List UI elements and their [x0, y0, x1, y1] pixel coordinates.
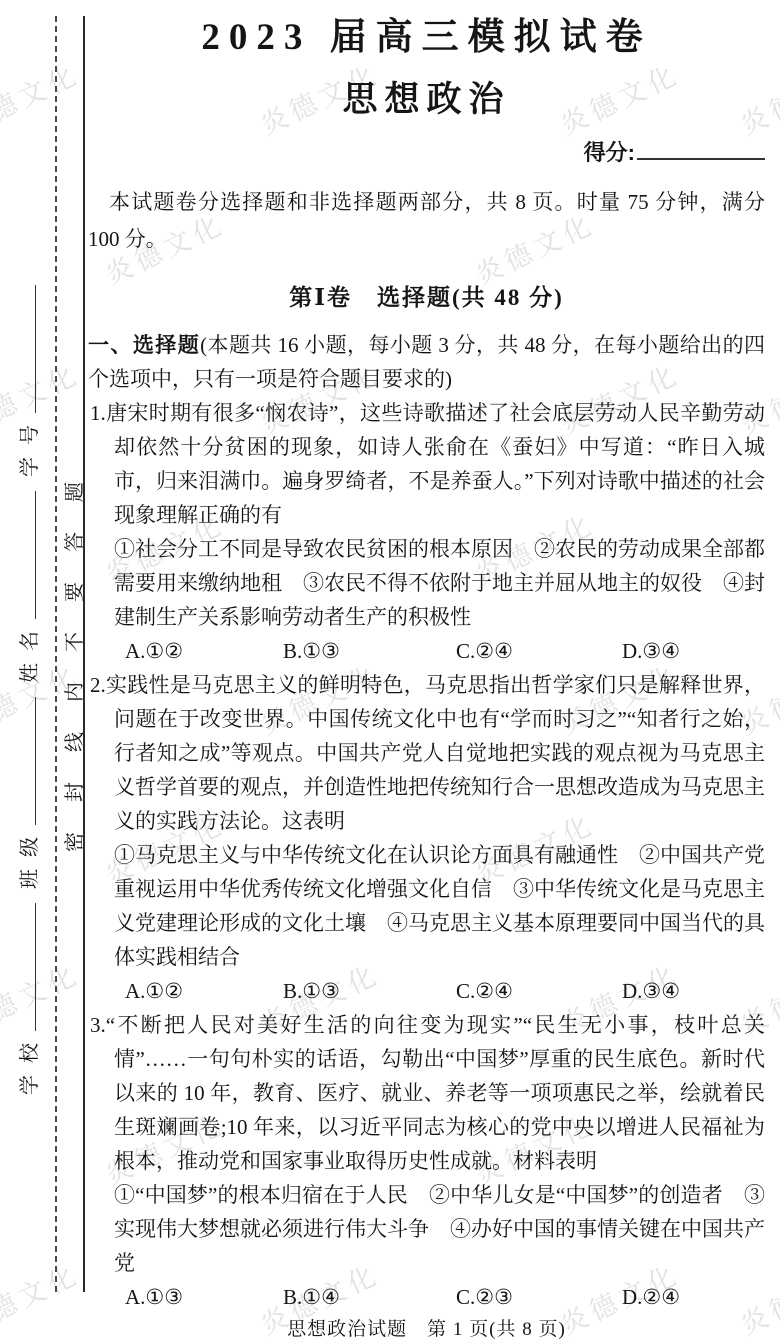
question-stem: 2.实践性是马克思主义的鲜明特色，马克思指出哲学家们只是解释世界，问题在于改变世… [90, 668, 765, 838]
exam-content: 2023 届高三模拟试卷 思想政治 得分: 本试题卷分选择题和非选择题两部分，共… [88, 0, 765, 1342]
option-D: D.②④ [622, 1280, 680, 1314]
question-1: 1.唐宋时期有很多“悯农诗”，这些诗歌描述了社会底层劳动人民辛勤劳动却依然十分贫… [90, 396, 765, 668]
student-info-label: 姓名 [19, 619, 41, 683]
question-2-options: A.①②B.①③C.②④D.③④ [90, 974, 765, 1008]
question-items: ①社会分工不同是导致农民贫困的根本原因 ②农民的劳动成果全部都需要用来缴纳地租 … [90, 532, 765, 634]
question-number: 3. [90, 1013, 106, 1037]
watermark-text: 炎德文化 [0, 1253, 85, 1342]
watermark-text: 炎德文化 [0, 53, 85, 142]
student-info-label: 班级 [19, 825, 41, 889]
option-C: C.②④ [456, 634, 622, 668]
questions-list: 1.唐宋时期有很多“悯农诗”，这些诗歌描述了社会底层劳动人民辛勤劳动却依然十分贫… [88, 396, 765, 1314]
question-number: 1. [90, 401, 106, 425]
question-2: 2.实践性是马克思主义的鲜明特色，马克思指出哲学家们只是解释世界，问题在于改变世… [90, 668, 765, 1008]
page-footer: 思想政治试题 第 1 页(共 8 页) [88, 1318, 765, 1342]
question-items: ①马克思主义与中华传统文化在认识论方面具有融通性 ②中国共产党重视运用中华优秀传… [90, 838, 765, 974]
option-B: B.①③ [283, 974, 456, 1008]
fill-in-blank-line [15, 903, 36, 1031]
option-B: B.①④ [283, 1280, 456, 1314]
section1-title: 一、选择题 [88, 333, 200, 357]
question-stem: 1.唐宋时期有很多“悯农诗”，这些诗歌描述了社会底层劳动人民辛勤劳动却依然十分贫… [90, 396, 765, 532]
exam-page: 炎德文化炎德文化炎德文化炎德文化炎德文化炎德文化炎德文化炎德文化炎德文化炎德文化… [0, 0, 780, 1344]
question-stem: 3.“不断把人民对美好生活的向往变为现实”“民生无小事，枝叶总关情”……一句句朴… [90, 1008, 765, 1178]
exam-title: 2023 届高三模拟试卷 [88, 16, 765, 60]
option-B: B.①③ [283, 634, 456, 668]
seal-dashed-line [55, 16, 57, 1292]
question-3: 3.“不断把人民对美好生活的向往变为现实”“民生无小事，枝叶总关情”……一句句朴… [90, 1008, 765, 1314]
fill-in-blank-line [15, 697, 36, 825]
option-A: A.①② [125, 974, 283, 1008]
fill-in-blank-line [15, 491, 36, 619]
subject-title: 思想政治 [88, 80, 765, 120]
score-row: 得分: [88, 136, 765, 164]
option-A: A.①② [125, 634, 283, 668]
question-3-options: A.①③B.①④C.②③D.②④ [90, 1280, 765, 1314]
option-D: D.③④ [622, 634, 680, 668]
student-info-labels: 学校班级姓名学号 [13, 205, 42, 1095]
option-C: C.②④ [456, 974, 622, 1008]
question-1-options: A.①②B.①③C.②④D.③④ [90, 634, 765, 668]
fill-in-blank-line [15, 285, 36, 413]
student-info-label: 学校 [19, 1031, 41, 1095]
option-C: C.②③ [456, 1280, 622, 1314]
score-label: 得分: [584, 140, 635, 165]
part1-heading: 第Ⅰ卷 选择题(共 48 分) [88, 282, 765, 314]
seal-line-text: 密封线内不要答题 [58, 432, 87, 852]
exam-instructions: 本试题卷分选择题和非选择题两部分，共 8 页。时量 75 分钟，满分 100 分… [88, 184, 765, 258]
student-info-label: 学号 [19, 413, 41, 477]
section1-intro: 一、选择题(本题共 16 小题，每小题 3 分，共 48 分，在每小题给出的四个… [88, 328, 765, 396]
score-blank-line [637, 136, 765, 160]
question-items: ①“中国梦”的根本归宿在于人民 ②中华儿女是“中国梦”的创造者 ③实现伟大梦想就… [90, 1178, 765, 1280]
option-A: A.①③ [125, 1280, 283, 1314]
option-D: D.③④ [622, 974, 680, 1008]
question-number: 2. [90, 673, 106, 697]
